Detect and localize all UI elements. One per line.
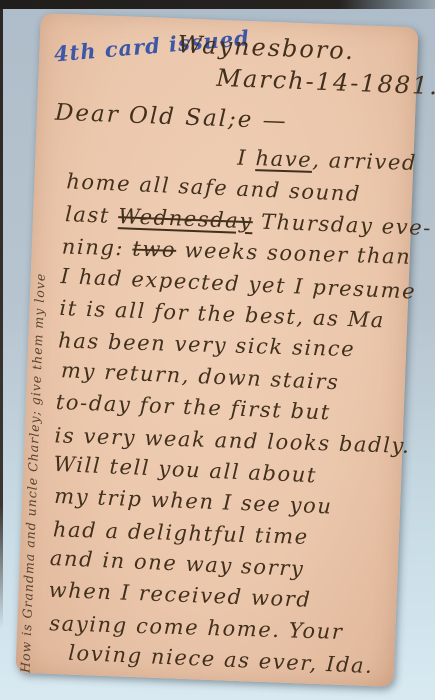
handwriting-segment: two [132,237,177,262]
salutation: Dear Old Sal;e — [54,100,288,135]
handwriting-segment: have [255,146,312,172]
letter-body: I have, arrivedhome all safe and soundla… [46,136,410,682]
postcard: 4th card issued Waynesboro. March-14-188… [15,13,418,687]
handwriting-segment: weeks sooner than [176,238,412,269]
place-line: Waynesboro. [177,30,355,65]
handwriting-segment: Thursday eve- [252,209,432,240]
handwriting-segment: ning: [61,235,132,261]
handwriting-segment: last [65,202,119,228]
handwriting-segment: I [237,146,256,171]
scan-frame-top-bar [0,0,435,9]
date-line: March-14-1881. [216,64,435,101]
handwriting-segment: , arrived [312,148,417,175]
scan-frame-left-edge [0,9,3,629]
handwriting-segment: Wednesday [118,204,254,233]
